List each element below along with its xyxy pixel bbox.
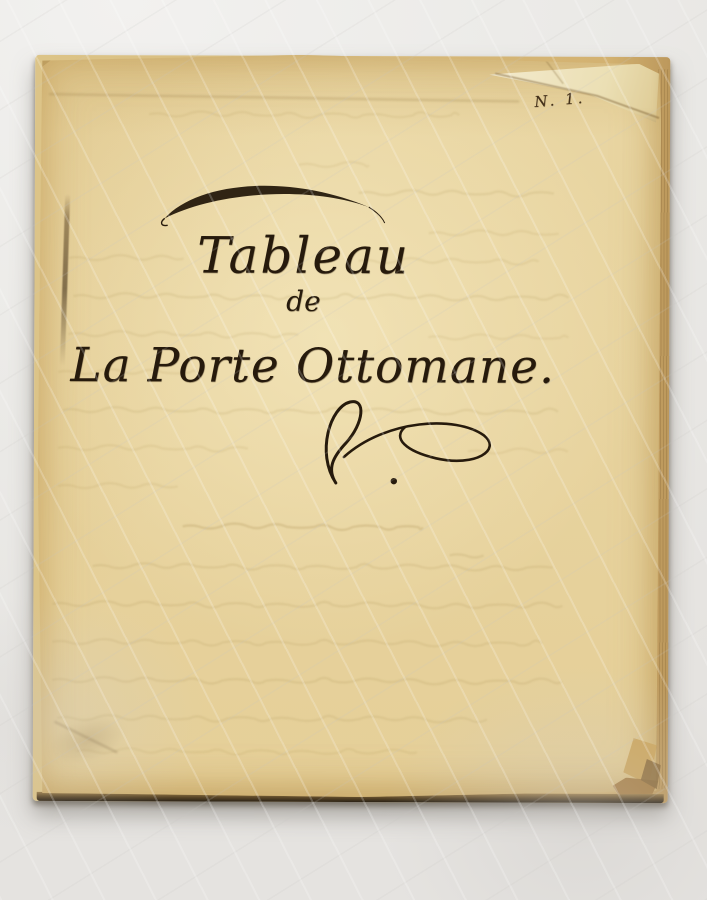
manuscript-booklet: N. 1. Tableau de La Porte Ottomane.: [29, 49, 672, 805]
title-swash-flourish: [157, 170, 397, 229]
title-line-de: de: [138, 284, 468, 318]
cover-page: N. 1. Tableau de La Porte Ottomane.: [37, 54, 662, 798]
title-line-la-porte-ottomane: La Porte Ottomane.: [60, 338, 565, 395]
title-line-tableau: Tableau: [138, 226, 468, 285]
photo-background: N. 1. Tableau de La Porte Ottomane.: [0, 0, 707, 900]
flourish-glyph: [288, 391, 503, 497]
